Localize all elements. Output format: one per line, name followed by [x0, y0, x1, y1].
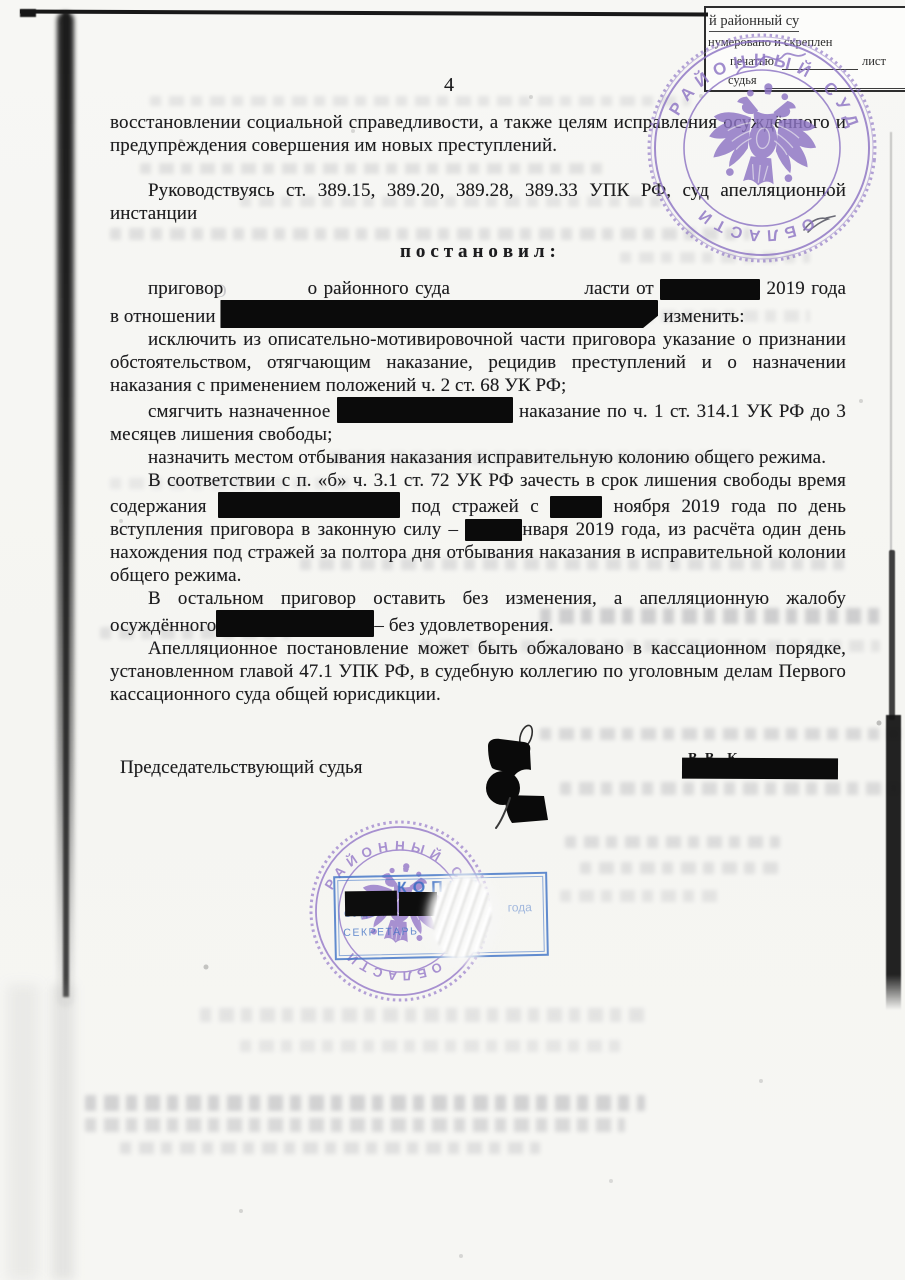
- redaction-box: [345, 891, 397, 917]
- para-rest: В остальном приговор оставить без измене…: [110, 587, 846, 637]
- scan-edge-left-core: [63, 12, 69, 997]
- bleedthrough-ghost: [240, 1040, 620, 1052]
- para-exclude: исключить из описательно-мотивировочной …: [110, 328, 846, 397]
- scan-edge-top: [20, 9, 708, 16]
- erased-gap: [450, 292, 578, 294]
- judge-name-redaction-bar: [682, 758, 838, 780]
- redaction-bar: [337, 397, 513, 423]
- court-round-seal-top: РАЙОННЫЙ СУД ОБЛАСТИ: [630, 16, 894, 280]
- scan-edge-right-thin: [890, 132, 892, 552]
- scan-edge-corner: [20, 9, 36, 17]
- redaction-box: [399, 892, 437, 916]
- redaction-bar: [216, 610, 374, 637]
- erased-letter-trace: О: [213, 281, 227, 303]
- bleedthrough-ghost: [85, 1095, 645, 1111]
- erased-gap: [223, 292, 301, 294]
- page-number: 4: [444, 74, 454, 97]
- redaction-bar: [218, 492, 400, 518]
- bleedthrough-ghost: [580, 862, 780, 874]
- scan-edge-right-mid: [889, 550, 895, 720]
- para-colony: назначить местом отбывания наказания исп…: [110, 446, 846, 469]
- bleedthrough-ghost: [120, 1142, 540, 1154]
- scan-edge-left-fade: [52, 985, 74, 1280]
- bleedthrough-ghost: [560, 782, 905, 795]
- bleedthrough-ghost: [565, 836, 780, 848]
- bleedthrough-ghost: [540, 728, 900, 740]
- redacted-signature-blob: [480, 724, 558, 834]
- bleedthrough-ghost: [560, 890, 720, 902]
- paper-specks: [0, 0, 2, 2]
- copy-stamp-date-fragment: года: [507, 900, 531, 915]
- para-credit: В соответствии с п. «б» ч. 3.1 ст. 72 УК…: [110, 469, 846, 587]
- bleedthrough-ghost: [85, 1118, 625, 1132]
- presiding-judge-label: Председательствующий судья: [120, 757, 362, 779]
- scan-edge-right-dark: [886, 715, 901, 1010]
- scanned-court-document-page: 4 восстановлении социальной справедливос…: [0, 0, 905, 1280]
- redaction-bar: [660, 279, 760, 300]
- para-mitigate: смягчить назначенное наказание по ч. 1 с…: [110, 397, 846, 446]
- bleedthrough-ghost: [150, 96, 690, 106]
- top-seal-eagle-icon: [705, 78, 823, 191]
- redaction-bar: [220, 300, 658, 328]
- redaction-bar: [550, 496, 602, 518]
- scan-edge-left-fade: [8, 985, 38, 1280]
- redaction-bar: [465, 519, 522, 541]
- para-appeal: Апелляционное постановление может быть о…: [110, 637, 846, 706]
- copy-stamp-secretary-row: СЕКРЕТАРЬ: [343, 925, 418, 939]
